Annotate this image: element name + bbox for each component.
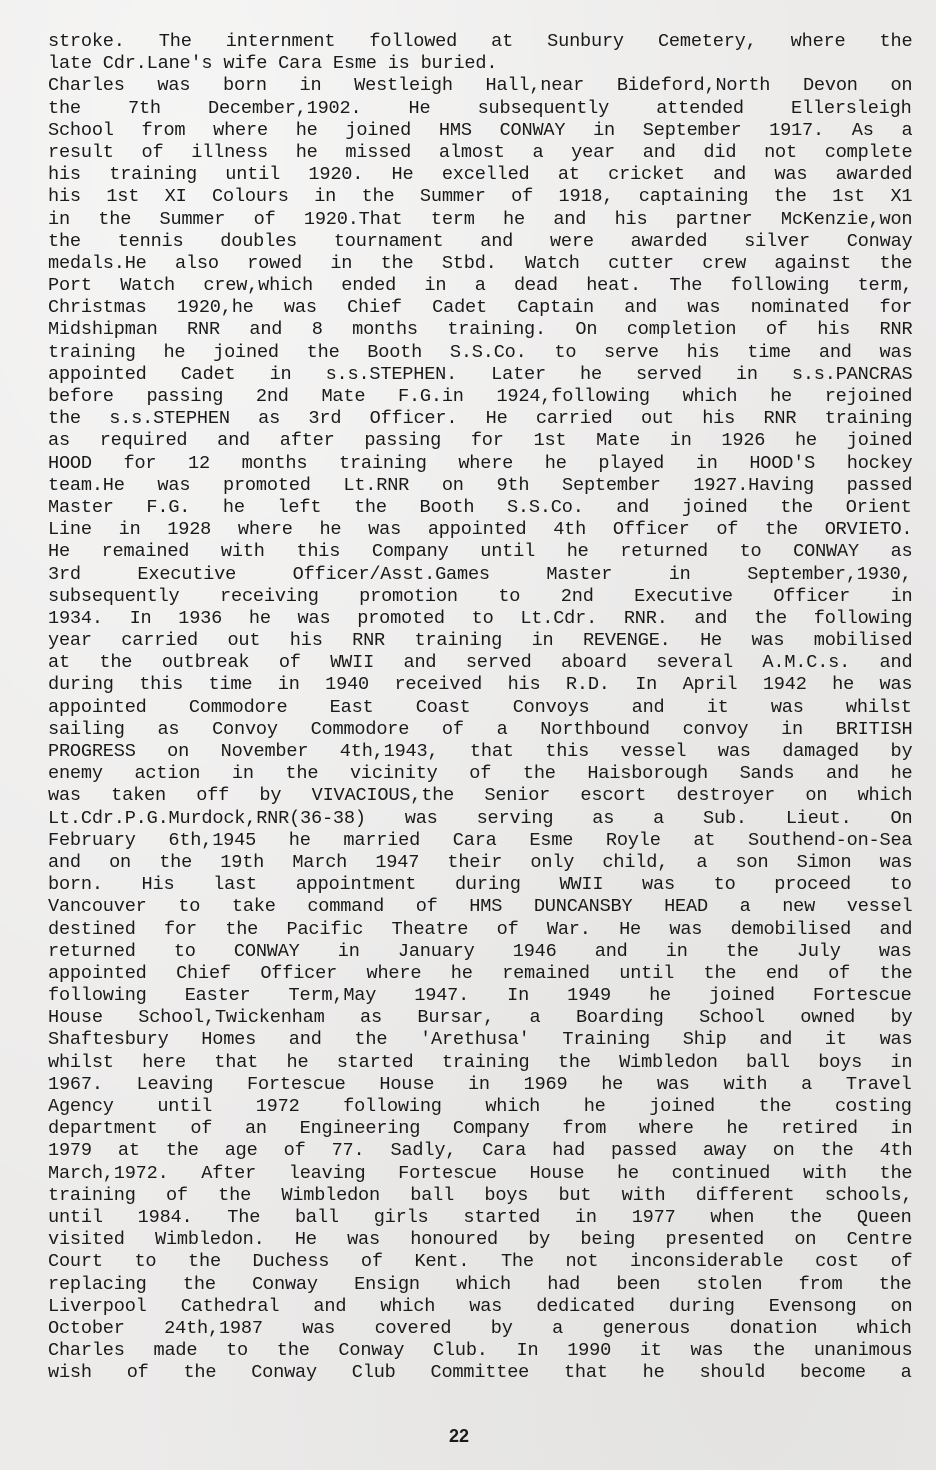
text-line: and on the 19th March 1947 their only ch… <box>48 852 912 874</box>
text-line: appointed Chief Officer where he remaine… <box>48 963 912 985</box>
page-number: 22 <box>0 1426 918 1447</box>
text-line: 1967. Leaving Fortescue House in 1969 he… <box>48 1074 912 1096</box>
text-line: Shaftesbury Homes and the 'Arethusa' Tra… <box>48 1029 912 1051</box>
text-line: before passing 2nd Mate F.G.in 1924,foll… <box>48 386 912 408</box>
text-line: Master F.G. he left the Booth S.S.Co. an… <box>48 497 912 519</box>
text-line: appointed Commodore East Coast Convoys a… <box>48 697 912 719</box>
text-line: destined for the Pacific Theatre of War.… <box>48 919 912 941</box>
text-line: HOOD for 12 months training where he pla… <box>48 453 912 475</box>
text-line: Lt.Cdr.P.G.Murdock,RNR(36-38) was servin… <box>48 808 912 830</box>
text-line: wish of the Conway Club Committee that h… <box>48 1362 912 1384</box>
text-line: subsequently receiving promotion to 2nd … <box>48 586 912 608</box>
text-line: Christmas 1920,he was Chief Cadet Captai… <box>48 297 912 319</box>
text-line: He remained with this Company until he r… <box>48 541 912 563</box>
text-line: following Easter Term,May 1947. In 1949 … <box>48 985 912 1007</box>
text-line: Vancouver to take command of HMS DUNCANS… <box>48 896 912 918</box>
text-line: enemy action in the vicinity of the Hais… <box>48 763 912 785</box>
text-line: the s.s.STEPHEN as 3rd Officer. He carri… <box>48 408 912 430</box>
text-line: team.He was promoted Lt.RNR on 9th Septe… <box>48 475 912 497</box>
text-line: 1979 at the age of 77. Sadly, Cara had p… <box>48 1140 912 1162</box>
text-line: 1934. In 1936 he was promoted to Lt.Cdr.… <box>48 608 912 630</box>
text-line: PROGRESS on November 4th,1943, that this… <box>48 741 912 763</box>
text-line: stroke. The internment followed at Sunbu… <box>48 31 912 53</box>
text-line: was taken off by VIVACIOUS,the Senior es… <box>48 785 912 807</box>
text-line: the tennis doubles tournament and were a… <box>48 231 912 253</box>
text-line: visited Wimbledon. He was honoured by be… <box>48 1229 912 1251</box>
text-line: training he joined the Booth S.S.Co. to … <box>48 342 912 364</box>
text-line: as required and after passing for 1st Ma… <box>48 430 912 452</box>
text-line: late Cdr.Lane's wife Cara Esme is buried… <box>48 53 912 75</box>
text-line: Court to the Duchess of Kent. The not in… <box>48 1251 912 1273</box>
text-line: during this time in 1940 received his R.… <box>48 674 912 696</box>
text-line: training of the Wimbledon ball boys but … <box>48 1185 912 1207</box>
text-line: his 1st XI Colours in the Summer of 1918… <box>48 186 912 208</box>
text-line: returned to CONWAY in January 1946 and i… <box>48 941 912 963</box>
text-line: year carried out his RNR training in REV… <box>48 630 912 652</box>
text-line: his training until 1920. He excelled at … <box>48 164 912 186</box>
text-line: until 1984. The ball girls started in 19… <box>48 1207 912 1229</box>
document-page: stroke. The internment followed at Sunbu… <box>0 0 936 1470</box>
text-line: the 7th December,1902. He subsequently a… <box>48 98 912 120</box>
body-text: stroke. The internment followed at Sunbu… <box>48 31 912 1384</box>
text-line: Port Watch crew,which ended in a dead he… <box>48 275 912 297</box>
text-line: in the Summer of 1920.That term he and h… <box>48 209 912 231</box>
text-line: at the outbreak of WWII and served aboar… <box>48 652 912 674</box>
text-line: sailing as Convoy Commodore of a Northbo… <box>48 719 912 741</box>
text-line: 3rd Executive Officer/Asst.Games Master … <box>48 564 912 586</box>
text-line: House School,Twickenham as Bursar, a Boa… <box>48 1007 912 1029</box>
text-line: Charles was born in Westleigh Hall,near … <box>48 75 912 97</box>
text-line: March,1972. After leaving Fortescue Hous… <box>48 1163 912 1185</box>
text-line: result of illness he missed almost a yea… <box>48 142 912 164</box>
text-line: whilst here that he started training the… <box>48 1052 912 1074</box>
text-line: Agency until 1972 following which he joi… <box>48 1096 912 1118</box>
text-line: Liverpool Cathedral and which was dedica… <box>48 1296 912 1318</box>
text-line: February 6th,1945 he married Cara Esme R… <box>48 830 912 852</box>
text-line: born. His last appointment during WWII w… <box>48 874 912 896</box>
text-line: Charles made to the Conway Club. In 1990… <box>48 1340 912 1362</box>
text-line: October 24th,1987 was covered by a gener… <box>48 1318 912 1340</box>
text-line: Line in 1928 where he was appointed 4th … <box>48 519 912 541</box>
text-line: medals.He also rowed in the Stbd. Watch … <box>48 253 912 275</box>
text-line: replacing the Conway Ensign which had be… <box>48 1274 912 1296</box>
text-line: School from where he joined HMS CONWAY i… <box>48 120 912 142</box>
text-line: department of an Engineering Company fro… <box>48 1118 912 1140</box>
text-line: Midshipman RNR and 8 months training. On… <box>48 319 912 341</box>
text-line: appointed Cadet in s.s.STEPHEN. Later he… <box>48 364 912 386</box>
